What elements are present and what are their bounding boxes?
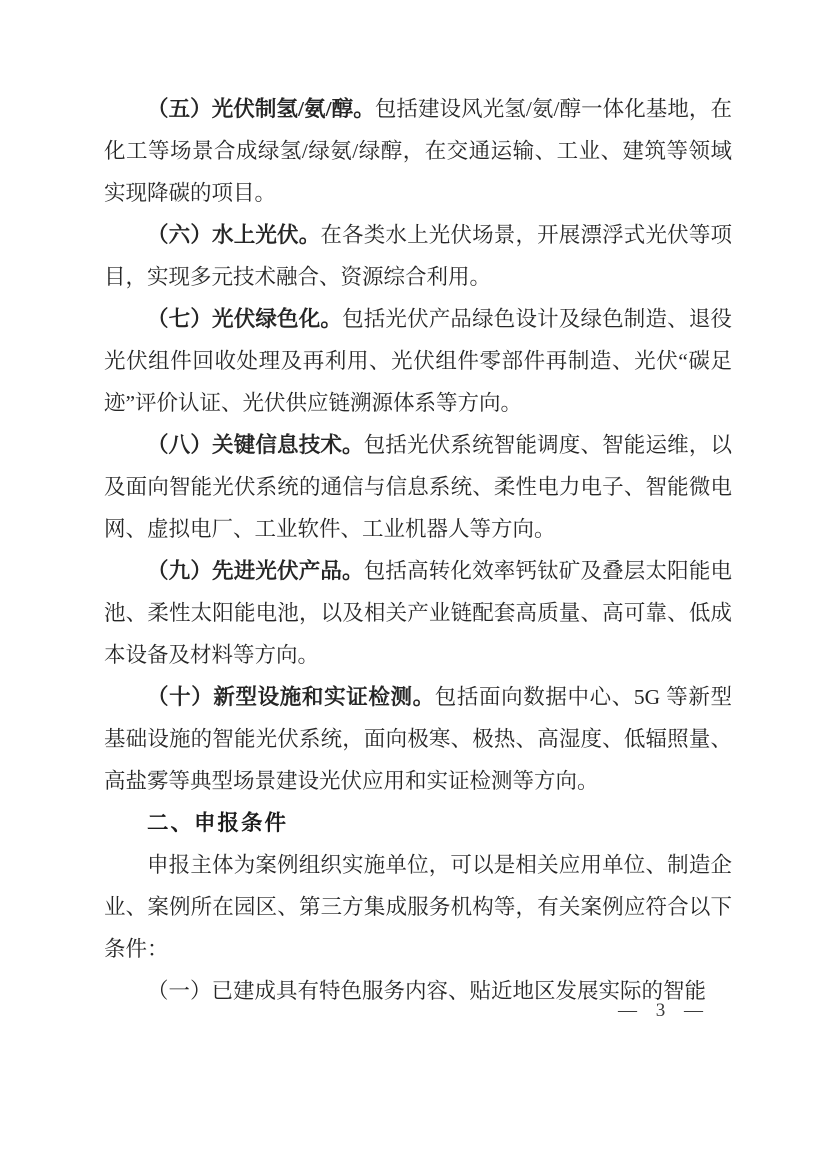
- paragraph-lead: （七）光伏绿色化。: [147, 307, 342, 331]
- paragraph-lead: （九）先进光伏产品。: [147, 559, 364, 583]
- paragraph-lead: （八）关键信息技术。: [147, 433, 364, 457]
- numbered-paragraph-10: （十）新型设施和实证检测。包括面向数据中心、5G 等新型基础设施的智能光伏系统，…: [104, 676, 732, 802]
- page-number: — 3 —: [618, 1000, 710, 1022]
- paragraph-lead: （六）水上光伏。: [147, 223, 320, 247]
- document-content: （五）光伏制氢/氨/醇。包括建设风光氢/氨/醇一体化基地，在化工等场景合成绿氢/…: [104, 88, 732, 1012]
- numbered-paragraph-8: （八）关键信息技术。包括光伏系统智能调度、智能运维，以及面向智能光伏系统的通信与…: [104, 424, 732, 550]
- section-heading: 二、申报条件: [104, 802, 732, 844]
- document-page: （五）光伏制氢/氨/醇。包括建设风光氢/氨/醇一体化基地，在化工等场景合成绿氢/…: [0, 0, 826, 1168]
- paragraph-lead: （五）光伏制氢/氨/醇。: [147, 97, 375, 121]
- paragraph-lead: （十）新型设施和实证检测。: [147, 685, 435, 709]
- numbered-paragraph-6: （六）水上光伏。在各类水上光伏场景，开展漂浮式光伏等项目，实现多元技术融合、资源…: [104, 214, 732, 298]
- intro-paragraph: 申报主体为案例组织实施单位，可以是相关应用单位、制造企业、案例所在园区、第三方集…: [104, 844, 732, 970]
- numbered-paragraph-7: （七）光伏绿色化。包括光伏产品绿色设计及绿色制造、退役光伏组件回收处理及再利用、…: [104, 298, 732, 424]
- numbered-paragraph-9: （九）先进光伏产品。包括高转化效率钙钛矿及叠层太阳能电池、柔性太阳能电池，以及相…: [104, 550, 732, 676]
- numbered-paragraph-5: （五）光伏制氢/氨/醇。包括建设风光氢/氨/醇一体化基地，在化工等场景合成绿氢/…: [104, 88, 732, 214]
